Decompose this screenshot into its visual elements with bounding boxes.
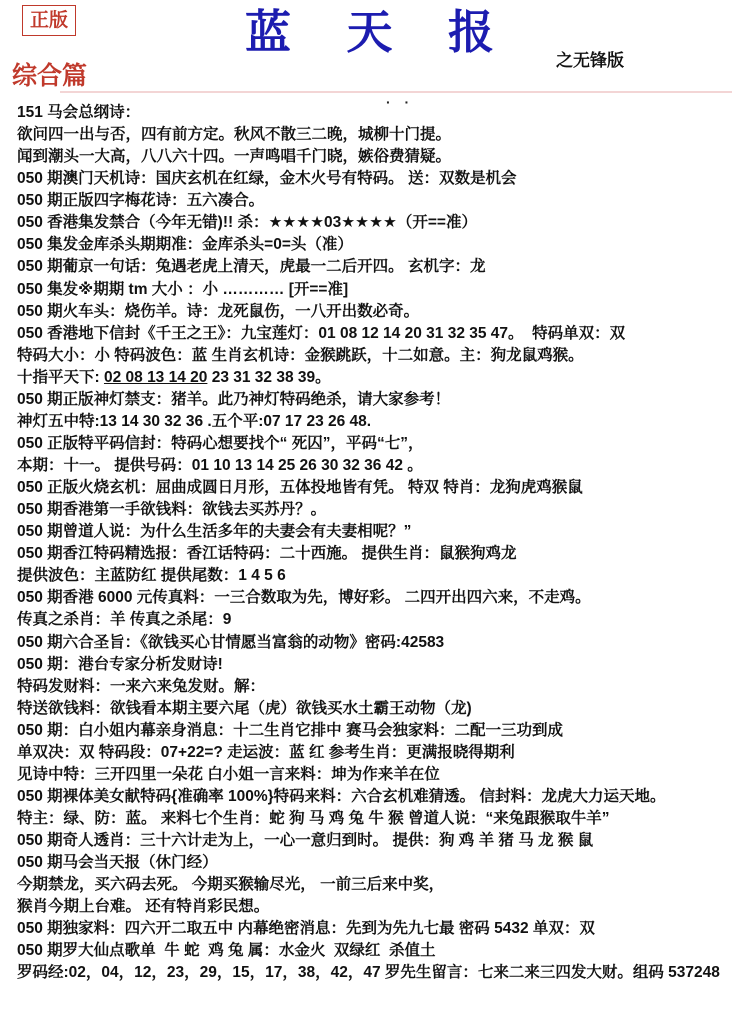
text-line: 050 期葡京一句话：兔遇老虎上清天，虎最一二后开四。 玄机字：龙 bbox=[17, 256, 737, 278]
text-line: 050 期：白小姐内幕亲身消息：十二生肖它排中 赛马会独家料：二配一三功到成 bbox=[17, 720, 737, 742]
text-line: 十指平天下: 02 08 13 14 20 23 31 32 38 39。 bbox=[17, 367, 737, 389]
underlined-numbers: 02 08 13 14 20 bbox=[104, 369, 207, 386]
text-line: 传真之杀肖：羊 传真之杀尾：9 bbox=[17, 609, 737, 631]
text-line: 欲问四一出与否，四有前方定。秋风不散三二晚，城柳十门提。 bbox=[17, 124, 737, 146]
text-line: 050 期澳门天机诗：国庆玄机在红绿，金木火号有特码。 送：双数是机会 bbox=[17, 168, 737, 190]
text-line: 特码大小：小 特码波色：蓝 生肖玄机诗：金猴跳跃，十二如意。主：狗龙鼠鸡猴。 bbox=[17, 345, 737, 367]
text-line: 提供波色：主蓝防红 提供尾数：1 4 5 6 bbox=[17, 565, 737, 587]
text-line: 050 期罗大仙点歌单 牛 蛇 鸡 兔 属：水金火 双绿红 杀值土 bbox=[17, 940, 737, 962]
text-line: 050 期曾道人说：为什么生活多年的夫妻会有夫妻相呢？” bbox=[17, 521, 737, 543]
edition-label: 之无锋版 bbox=[556, 46, 624, 71]
text-line: 050 期香江特码精选报：香江话特码：二十西施。 提供生肖：鼠猴狗鸡龙 bbox=[17, 543, 737, 565]
text-segment: 23 31 32 38 39。 bbox=[207, 369, 330, 386]
text-line: 050 期裸体美女献特码{准确率 100%}特码来料：六合玄机难猜透。 信封料：… bbox=[17, 786, 737, 808]
text-line: 050 香港地下信封《千王之王》：九宝莲灯：01 08 12 14 20 31 … bbox=[17, 323, 737, 345]
text-line: 050 期香港第一手欲钱料：欲钱去买苏丹？。 bbox=[17, 499, 737, 521]
text-line: 050 期六合圣旨：《欲钱买心甘情愿当富翁的动物》密码:42583 bbox=[17, 632, 737, 654]
text-line: 特主：绿、防：蓝。 来料七个生肖：蛇 狗 马 鸡 兔 牛 猴 曾道人说：“来兔跟… bbox=[17, 808, 737, 830]
body-lines: 151 马会总纲诗：欲问四一出与否，四有前方定。秋风不散三二晚，城柳十门提。闻到… bbox=[17, 102, 737, 985]
text-line: 本期：十一。 提供号码：01 10 13 14 25 26 30 32 36 4… bbox=[17, 455, 737, 477]
section-title: 综合篇 bbox=[12, 56, 87, 92]
text-line: 罗码经:02，04，12，23，29，15，17，38，42，47 罗先生留言：… bbox=[17, 962, 737, 984]
text-line: 特送欲钱料：欲钱看本期主要六尾（虎）欲钱买水土霸王动物（龙) bbox=[17, 698, 737, 720]
text-segment: 十指平天下: bbox=[17, 369, 104, 386]
text-line: 050 正版特平码信封：特码心想要找个“ 死囚”，平码“七”， bbox=[17, 433, 737, 455]
text-line: 050 期马会当天报（休门经） bbox=[17, 852, 737, 874]
text-line: 151 马会总纲诗： bbox=[17, 102, 737, 124]
section-divider bbox=[60, 91, 732, 93]
text-line: 050 期正版神灯禁支：猪羊。此乃神灯特码绝杀，请大家参考！ bbox=[17, 389, 737, 411]
text-line: 猴肖今期上台难。 还有特肖彩民想。 bbox=[17, 896, 737, 918]
text-line: 今期禁龙，买六码去死。 今期买猴输尽光， 一前三后来中奖， bbox=[17, 874, 737, 896]
text-line: 050 期：港台专家分析发财诗! bbox=[17, 654, 737, 676]
text-line: 闻到潮头一大高，八八六十四。一声鸣唱千门晓，嫉俗费猜疑。 bbox=[17, 146, 737, 168]
text-line: 050 期正版四字梅花诗：五六凑合。 bbox=[17, 190, 737, 212]
text-line: 050 集发※期期 tm 大小 ：小 ………… [开==准] bbox=[17, 279, 737, 301]
newspaper-page: 正版 蓝 天 报 之无锋版 综合篇 · · 151 马会总纲诗：欲问四一出与否，… bbox=[0, 0, 739, 1015]
text-line: 050 香港集发禁合（今年无错)!! 杀：★★★★03★★★★（开==准） bbox=[17, 212, 737, 234]
text-line: 050 期奇人透肖：三十六计走为上，一心一意归到时。 提供：狗 鸡 羊 猪 马 … bbox=[17, 830, 737, 852]
text-line: 050 正版火烧玄机：屈曲成圆日月形，五体投地皆有凭。 特双 特肖：龙狗虎鸡猴鼠 bbox=[17, 477, 737, 499]
text-line: 050 期独家料：四六开二取五中 内幕绝密消息：先到为先九七最 密码 5432 … bbox=[17, 918, 737, 940]
text-line: 050 集发金库杀头期期准：金库杀头=0=头（准） bbox=[17, 234, 737, 256]
page-title: 蓝 天 报 bbox=[0, 0, 739, 62]
text-line: 见诗中特：三开四里一朵花 白小姐一言来料：坤为作来羊在位 bbox=[17, 764, 737, 786]
text-line: 050 期火车头：烧伤羊。诗：龙死鼠伤，一八开出数必奇。 bbox=[17, 301, 737, 323]
text-line: 050 期香港 6000 元传真料：一三合数取为先，博好彩。 二四开出四六来，不… bbox=[17, 587, 737, 609]
text-line: 特码发财料：一来六来兔发财。解： bbox=[17, 676, 737, 698]
text-line: 神灯五中特:13 14 30 32 36 .五个平:07 17 23 26 48… bbox=[17, 411, 737, 433]
text-line: 单双决：双 特码段：07+22=? 走运波：蓝 红 参考生肖：更满报晓得期利 bbox=[17, 742, 737, 764]
